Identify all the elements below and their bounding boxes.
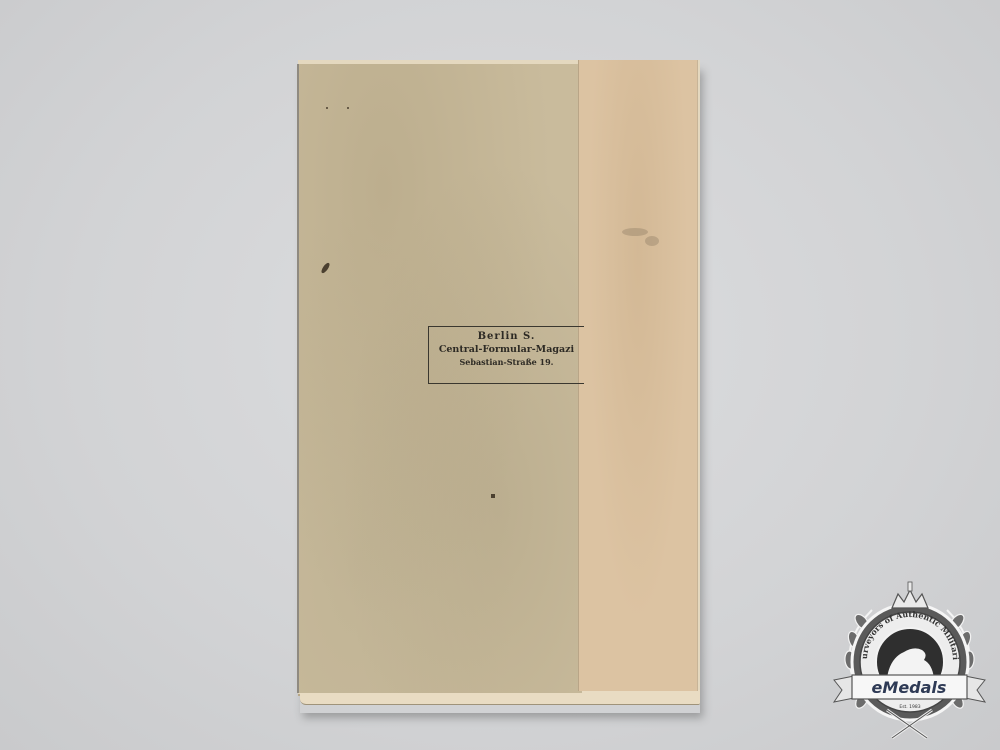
svg-text:eMedals: eMedals [872, 678, 947, 697]
strip-stain [622, 228, 648, 236]
stamp-line-address: Sebastian-Straße 19. [429, 357, 584, 367]
stamp-line-city: Berlin S. [429, 331, 584, 342]
stamp-line-name: Central-Formular-Magazi [429, 344, 584, 355]
ink-dot [491, 494, 495, 498]
emedals-crest-icon: Purveyors of Authentic Militaria eMedals… [832, 580, 987, 740]
emedals-watermark-logo: Purveyors of Authentic Militaria eMedals… [832, 580, 987, 740]
publisher-stamp: Berlin S. Central-Formular-Magazi Sebast… [428, 326, 584, 384]
document-right-strip [578, 60, 698, 691]
ink-dot [326, 107, 328, 109]
ink-dot [347, 107, 349, 109]
svg-text:Est. 1983: Est. 1983 [899, 704, 920, 710]
strip-stain [645, 236, 659, 246]
